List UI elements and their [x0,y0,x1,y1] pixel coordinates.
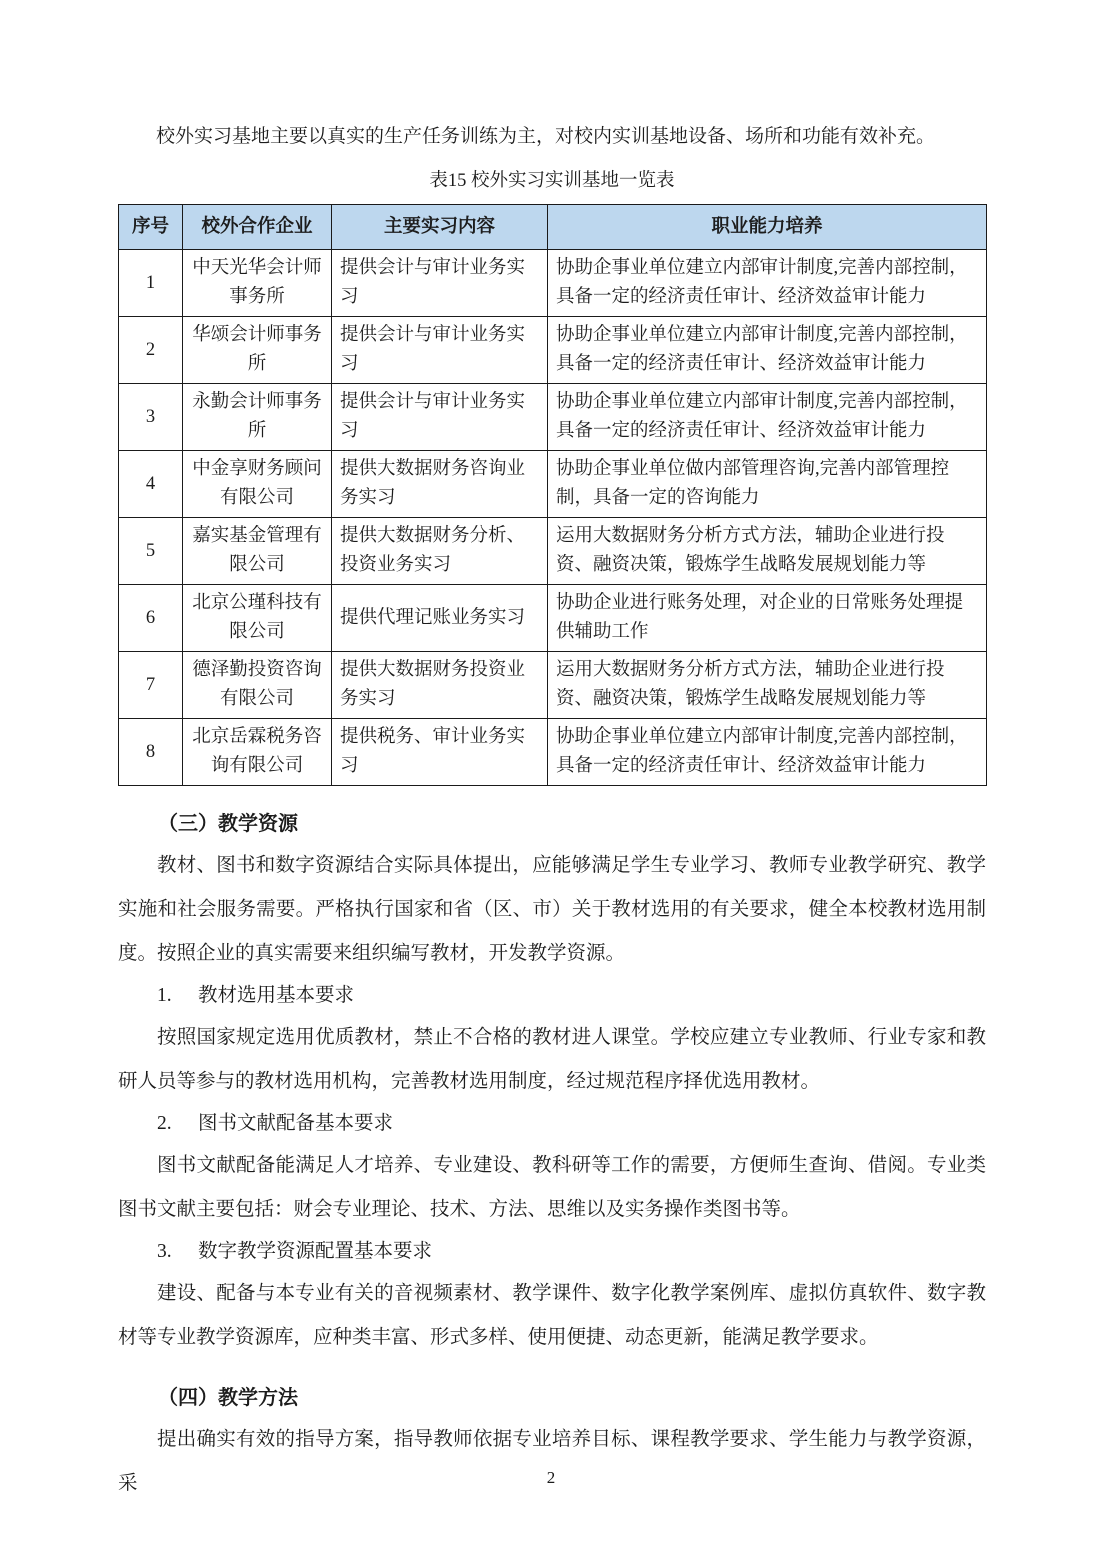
document-page: 校外实习基地主要以真实的生产任务训练为主，对校内实训基地设备、场所和功能有效补充… [0,0,1102,1559]
cell-ability: 协助企事业单位做内部管理咨询,完善内部管理控制，具备一定的咨询能力 [548,451,987,518]
header-cell-company: 校外合作企业 [183,205,332,250]
cell-content: 提供大数据财务分析、投资业务实习 [332,518,548,585]
cell-company: 德泽勤投资咨询有限公司 [183,652,332,719]
cell-no: 3 [119,384,183,451]
table-row: 2 华颂会计师事务所 提供会计与审计业务实习 协助企事业单位建立内部审计制度,完… [119,317,987,384]
cell-ability: 运用大数据财务分析方式方法，辅助企业进行投资、融资决策，锻炼学生战略发展规划能力… [548,518,987,585]
cell-no: 4 [119,451,183,518]
table-row: 8 北京岳霖税务咨询有限公司 提供税务、审计业务实习 协助企事业单位建立内部审计… [119,719,987,786]
table-title: 表15 校外实习实训基地一览表 [118,168,986,194]
item-number: 3. [157,1232,198,1272]
cell-content: 提供会计与审计业务实习 [332,250,548,317]
cell-company: 中金享财务顾问有限公司 [183,451,332,518]
cell-company: 嘉实基金管理有限公司 [183,518,332,585]
table-row: 3 永勤会计师事务所 提供会计与审计业务实习 协助企事业单位建立内部审计制度,完… [119,384,987,451]
cell-content: 提供会计与审计业务实习 [332,317,548,384]
cell-content: 提供代理记账业务实习 [332,585,548,652]
cell-company: 华颂会计师事务所 [183,317,332,384]
cell-no: 5 [119,518,183,585]
training-bases-table: 序号 校外合作企业 主要实习内容 职业能力培养 1 中天光华会计师事务所 提供会… [118,204,987,786]
numbered-item-2: 2.图书文献配备基本要求 [118,1104,986,1144]
item-number: 1. [157,976,198,1016]
paragraph-digital-resources: 建设、配备与本专业有关的音视频素材、教学课件、数字化教学案例库、虚拟仿真软件、数… [118,1272,986,1360]
cell-ability: 协助企事业单位建立内部审计制度,完善内部控制，具备一定的经济责任审计、经济效益审… [548,384,987,451]
header-cell-no: 序号 [119,205,183,250]
paragraph-library-resources: 图书文献配备能满足人才培养、专业建设、教科研等工作的需要，方便师生查询、借阅。专… [118,1144,986,1232]
table-row: 5 嘉实基金管理有限公司 提供大数据财务分析、投资业务实习 运用大数据财务分析方… [119,518,987,585]
cell-ability: 协助企事业单位建立内部审计制度,完善内部控制，具备一定的经济责任审计、经济效益审… [548,719,987,786]
table-row: 4 中金享财务顾问有限公司 提供大数据财务咨询业务实习 协助企事业单位做内部管理… [119,451,987,518]
section-heading-teaching-methods: （四）教学方法 [118,1378,986,1418]
cell-content: 提供会计与审计业务实习 [332,384,548,451]
cell-ability: 协助企事业单位建立内部审计制度,完善内部控制，具备一定的经济责任审计、经济效益审… [548,250,987,317]
item-text: 图书文献配备基本要求 [198,1113,393,1134]
table-row: 7 德泽勤投资咨询有限公司 提供大数据财务投资业务实习 运用大数据财务分析方式方… [119,652,987,719]
item-text: 教材选用基本要求 [198,985,354,1006]
item-text: 数字教学资源配置基本要求 [198,1241,432,1262]
section-heading-teaching-resources: （三）教学资源 [118,804,986,844]
cell-no: 2 [119,317,183,384]
cell-company: 中天光华会计师事务所 [183,250,332,317]
paragraph-resources-overview: 教材、图书和数字资源结合实际具体提出，应能够满足学生专业学习、教师专业教学研究、… [118,844,986,976]
intro-paragraph: 校外实习基地主要以真实的生产任务训练为主，对校内实训基地设备、场所和功能有效补充… [118,122,986,152]
cell-no: 7 [119,652,183,719]
cell-ability: 协助企业进行账务处理，对企业的日常账务处理提供辅助工作 [548,585,987,652]
cell-company: 永勤会计师事务所 [183,384,332,451]
cell-ability: 运用大数据财务分析方式方法，辅助企业进行投资、融资决策，锻炼学生战略发展规划能力… [548,652,987,719]
cell-ability: 协助企事业单位建立内部审计制度,完善内部控制，具备一定的经济责任审计、经济效益审… [548,317,987,384]
paragraph-textbook-selection: 按照国家规定选用优质教材，禁止不合格的教材进人课堂。学校应建立专业教师、行业专家… [118,1016,986,1104]
cell-no: 8 [119,719,183,786]
header-cell-ability: 职业能力培养 [548,205,987,250]
paragraph-teaching-methods: 提出确实有效的指导方案，指导教师依据专业培养目标、课程教学要求、学生能力与教学资… [118,1418,986,1506]
cell-company: 北京岳霖税务咨询有限公司 [183,719,332,786]
cell-content: 提供税务、审计业务实习 [332,719,548,786]
numbered-item-1: 1.教材选用基本要求 [118,976,986,1016]
header-cell-content: 主要实习内容 [332,205,548,250]
item-number: 2. [157,1104,198,1144]
table-row: 6 北京公瑾科技有限公司 提供代理记账业务实习 协助企业进行账务处理，对企业的日… [119,585,987,652]
cell-content: 提供大数据财务咨询业务实习 [332,451,548,518]
numbered-item-3: 3.数字教学资源配置基本要求 [118,1232,986,1272]
page-content: 校外实习基地主要以真实的生产任务训练为主，对校内实训基地设备、场所和功能有效补充… [118,122,986,1506]
table-row: 1 中天光华会计师事务所 提供会计与审计业务实习 协助企事业单位建立内部审计制度… [119,250,987,317]
cell-content: 提供大数据财务投资业务实习 [332,652,548,719]
cell-company: 北京公瑾科技有限公司 [183,585,332,652]
cell-no: 6 [119,585,183,652]
cell-no: 1 [119,250,183,317]
page-number: 2 [0,1468,1102,1488]
table-header-row: 序号 校外合作企业 主要实习内容 职业能力培养 [119,205,987,250]
